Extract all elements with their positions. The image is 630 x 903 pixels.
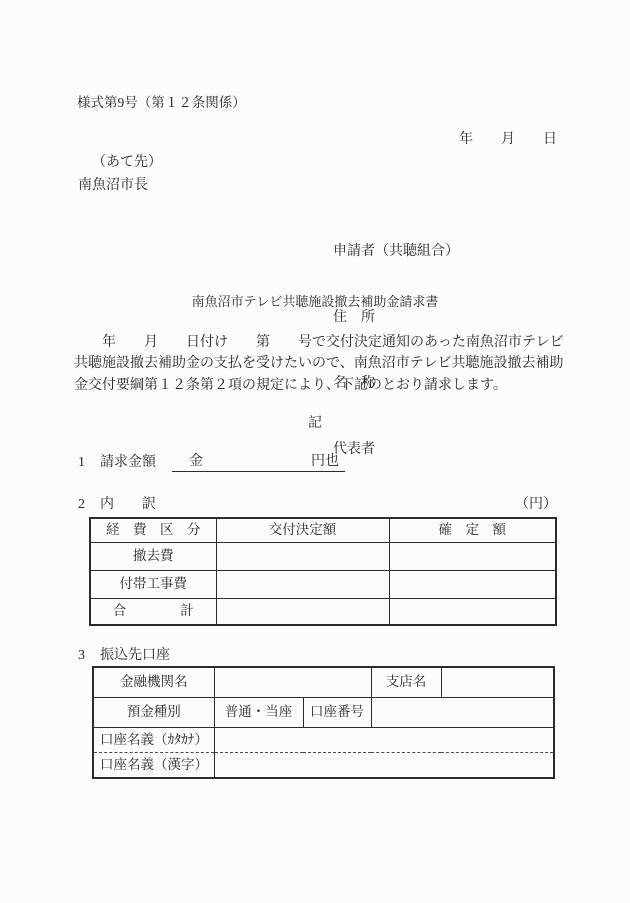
claim-amount-line: 金 円也 — [172, 453, 345, 472]
holder-kanji-value-cell — [214, 752, 554, 778]
breakdown-section-label: 内 訳 — [100, 495, 156, 515]
row-removal-granted-cell — [216, 542, 389, 570]
breakdown-section-number: 2 — [78, 495, 85, 515]
bank-section-number: 3 — [78, 646, 85, 666]
form-number: 様式第9号（第１２条関係） — [77, 93, 246, 113]
claim-section-label: 請求金額 — [100, 453, 156, 473]
document-title: 南魚沼市テレビ共聴施設撤去補助金請求書 — [0, 292, 630, 312]
deposit-type-row: 預金種別 普通・当座 口座番号 — [93, 697, 554, 727]
addressee: 南魚沼市長 — [78, 176, 148, 196]
bank-institution-value-cell — [214, 667, 371, 697]
row-total-confirmed-cell — [389, 598, 556, 625]
date-line: 年 月 日 — [459, 130, 557, 150]
holder-kana-label: 口座名義（ｶﾀｶﾅ） — [93, 727, 214, 752]
holder-kana-value-cell — [214, 727, 554, 752]
account-number-value-cell — [371, 697, 554, 727]
expense-header-row: 経 費 区 分 交付決定額 確 定 額 — [90, 518, 556, 542]
claim-section: 1 請求金額 金 円也 — [78, 453, 345, 473]
deposit-type-value-cell: 普通・当座 — [214, 697, 303, 727]
currency-prefix: 金 — [189, 453, 203, 471]
row-ancillary-cost-label: 付帯工事費 — [90, 570, 216, 598]
branch-name-value-cell — [441, 667, 554, 697]
bank-table: 金融機関名 支店名 預金種別 普通・当座 口座番号 口座名義（ｶﾀｶﾅ） 口座名… — [92, 666, 555, 779]
row-total-granted-cell — [216, 598, 389, 625]
currency-suffix: 円也 — [311, 453, 339, 471]
applicant-heading: 申請者（共聴組合） — [333, 241, 459, 263]
bank-section-label: 振込先口座 — [100, 646, 170, 666]
breakdown-unit-label: （円） — [515, 495, 557, 515]
applicant-representative-label: 代表者 — [333, 439, 459, 461]
expense-table: 経 費 区 分 交付決定額 確 定 額 撤去費 付帯工事費 合 計 — [89, 517, 557, 626]
holder-kanji-label: 口座名義（漢字） — [93, 752, 214, 778]
note-mark: 記 — [0, 414, 630, 434]
body-paragraph: 年 月 日付け 第 号で交付決定通知のあった南魚沼市テレビ共聴施設撤去補助金の支… — [74, 332, 566, 396]
branch-name-label: 支店名 — [371, 667, 441, 697]
bank-institution-row: 金融機関名 支店名 — [93, 667, 554, 697]
row-removal-confirmed-cell — [389, 542, 556, 570]
header-confirmed-amount: 確 定 額 — [389, 518, 556, 542]
row-ancillary-granted-cell — [216, 570, 389, 598]
holder-kana-row: 口座名義（ｶﾀｶﾅ） — [93, 727, 554, 752]
deposit-type-label: 預金種別 — [93, 697, 214, 727]
row-ancillary-confirmed-cell — [389, 570, 556, 598]
bank-institution-label: 金融機関名 — [93, 667, 214, 697]
addressee-note: （あて先） — [92, 153, 162, 173]
header-granted-amount: 交付決定額 — [216, 518, 389, 542]
table-row: 撤去費 — [90, 542, 556, 570]
holder-kanji-row: 口座名義（漢字） — [93, 752, 554, 778]
table-row: 付帯工事費 — [90, 570, 556, 598]
table-row: 合 計 — [90, 598, 556, 625]
row-removal-cost-label: 撤去費 — [90, 542, 216, 570]
account-number-label: 口座番号 — [303, 697, 371, 727]
row-total-label: 合 計 — [90, 598, 216, 625]
header-expense-category: 経 費 区 分 — [90, 518, 216, 542]
document-page: 様式第9号（第１２条関係） 年 月 日 （あて先） 南魚沼市長 申請者（共聴組合… — [0, 0, 630, 903]
claim-section-number: 1 — [78, 453, 85, 473]
